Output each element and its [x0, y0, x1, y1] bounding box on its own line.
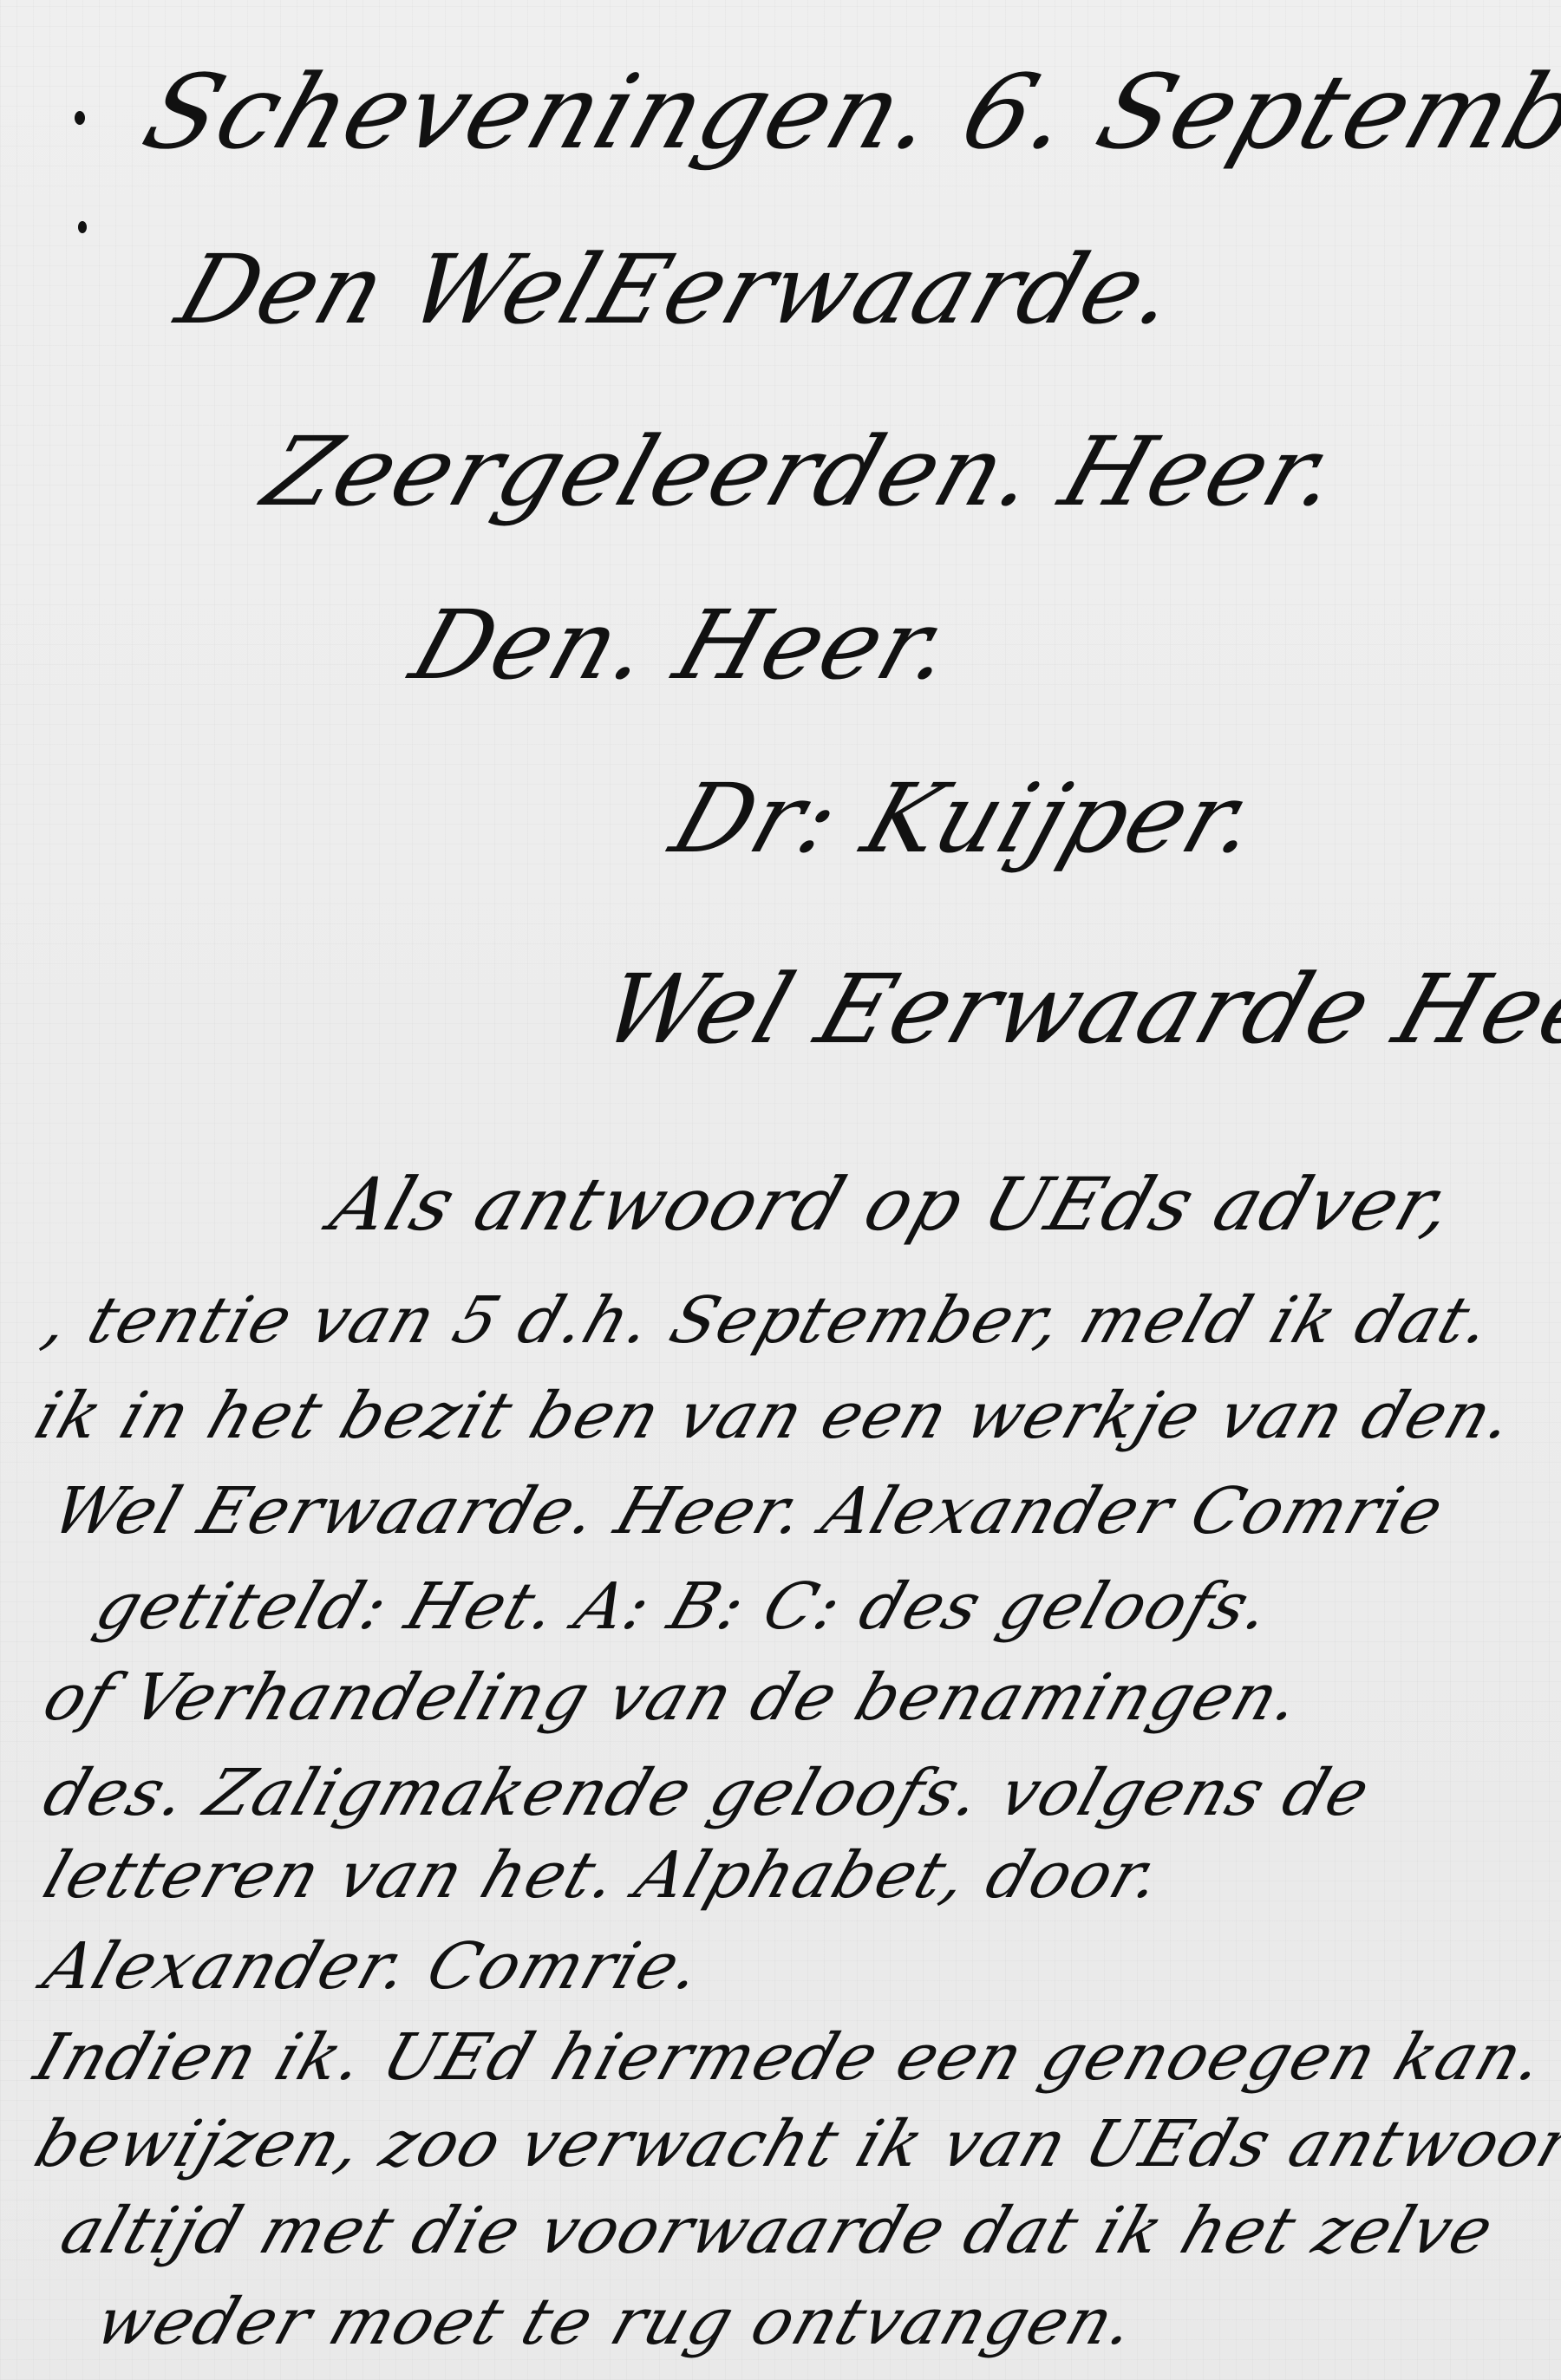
body-line-9: Alexander. Comrie.	[35, 1929, 713, 2004]
place-date: Scheveningen. 6. September 1881.	[130, 52, 1561, 172]
margin-dot	[78, 221, 87, 233]
body-line-12: altijd met die voorwaarde dat ik het zel…	[52, 2194, 1504, 2268]
body-line-3: ik in het bezit ben van een werkje van d…	[26, 1379, 1525, 1453]
body-line-13: weder moet te rug ontvangen.	[87, 2285, 1146, 2359]
body-line-10: Indien ik. UEd hiermede een genoegen kan…	[26, 2020, 1555, 2095]
body-line-11: bewijzen, zoo verwacht ik van UEds antwo…	[26, 2107, 1561, 2181]
salutation-line-1: Den WelEerwaarde.	[165, 234, 1192, 345]
letter-page: Scheveningen. 6. September 1881. Den Wel…	[0, 0, 1561, 2380]
salutation-line-5: Wel Eerwaarde Heer.!	[590, 954, 1561, 1065]
body-line-4: Wel Eerwaarde. Heer. Alexander Comrie	[43, 1474, 1453, 1549]
body-line-8: letteren van het. Alphabet, door.	[35, 1838, 1172, 1913]
margin-dot	[75, 111, 85, 125]
salutation-line-2: Zeergeleerden. Heer.	[251, 416, 1355, 527]
body-line-6: of Verhandeling van de benamingen.	[35, 1660, 1311, 1735]
salutation-line-3: Den. Heer.	[399, 590, 969, 701]
body-line-5: getiteld: Het. A: B: C: des geloofs.	[87, 1569, 1282, 1644]
body-line-2: , tentie van 5 d.h. September, meld ik d…	[35, 1283, 1503, 1358]
salutation-line-4: Dr: Kuijper.	[659, 763, 1274, 874]
body-line-1: Als antwoord op UEds adver,	[321, 1162, 1466, 1247]
body-line-7: des. Zaligmakende geloofs. volgens de	[35, 1756, 1380, 1830]
